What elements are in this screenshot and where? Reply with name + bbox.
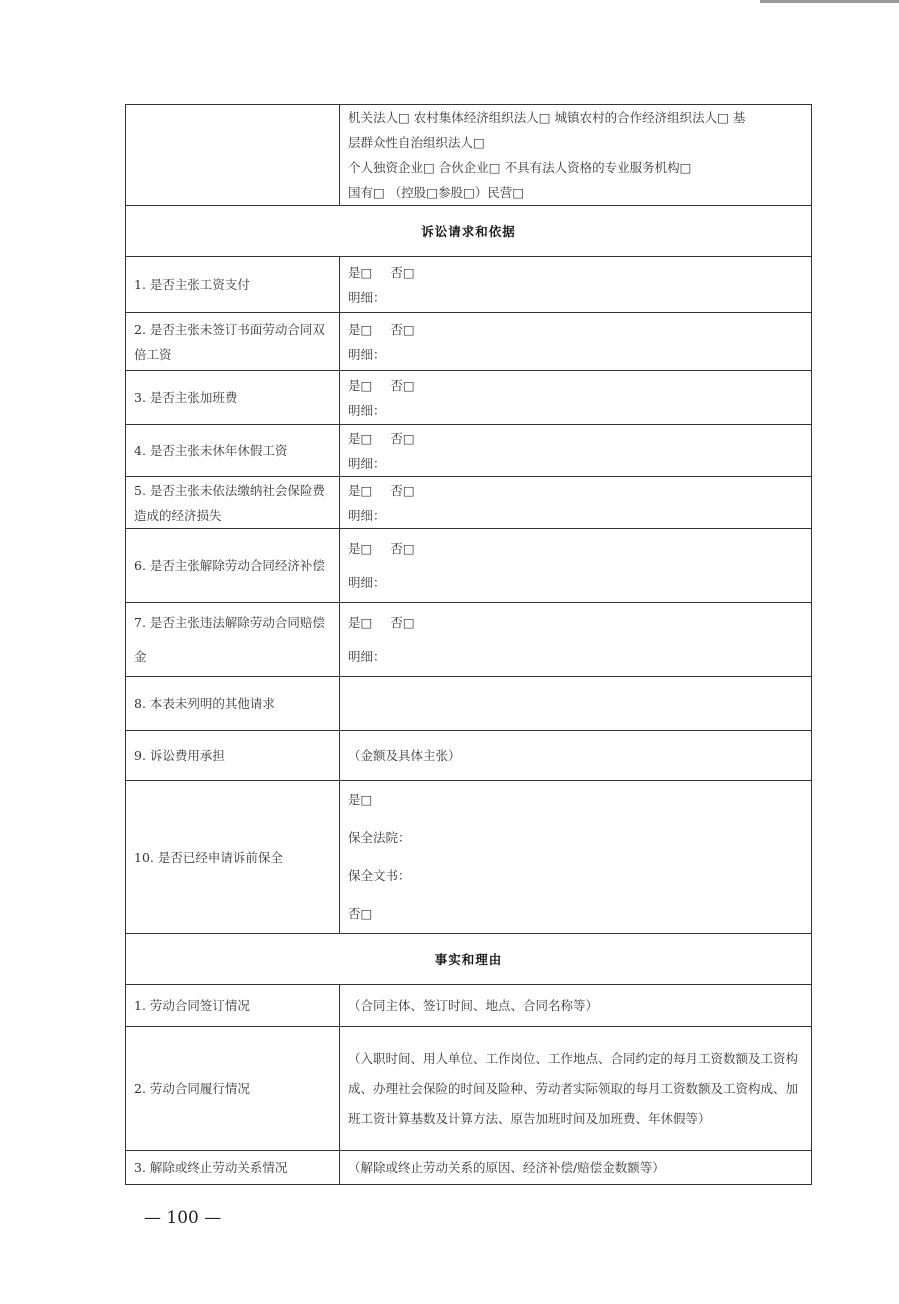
claim-answer[interactable]: 是□否□ 明细： [340,257,812,313]
entity-type-options[interactable]: 机关法人□ 农村集体经济组织法人□ 城镇农村的合作经济组织法人□ 基 层群众性自… [340,105,812,206]
claim-label: 1. 是否主张工资支付 [126,257,340,313]
yes-checkbox[interactable]: 是□ [348,265,372,280]
claim-row-preservation: 10. 是否已经申请诉前保全 是□ 保全法院： 保全文书： 否□ [126,781,812,934]
claim-answer[interactable]: 是□否□ 明细： [340,371,812,425]
yes-checkbox[interactable]: 是□ [348,322,372,337]
detail-field[interactable]: 明细： [348,451,803,476]
claim-label: 4. 是否主张未休年休假工资 [126,425,340,477]
claim-row-other: 8. 本表未列明的其他请求 [126,677,812,731]
no-checkbox[interactable]: 否□ [390,615,414,630]
claim-label: 6. 是否主张解除劳动合同经济补偿 [126,529,340,603]
yes-checkbox[interactable]: 是□ [348,781,803,819]
yes-checkbox[interactable]: 是□ [348,615,372,630]
no-checkbox[interactable]: 否□ [390,483,414,498]
entity-type-label-cell [126,105,340,206]
litigation-costs-field[interactable]: （金额及具体主张） [340,731,812,781]
yes-checkbox[interactable]: 是□ [348,483,372,498]
detail-field[interactable]: 明细： [348,566,803,600]
claim-label: 10. 是否已经申请诉前保全 [126,781,340,934]
entity-type-line-1: 机关法人□ 农村集体经济组织法人□ 城镇农村的合作经济组织法人□ 基 [348,105,803,130]
entity-type-line-3: 个人独资企业□ 合伙企业□ 不具有法人资格的专业服务机构□ [348,155,803,180]
no-checkbox[interactable]: 否□ [390,541,414,556]
claim-answer[interactable]: 是□否□ 明细： [340,603,812,677]
fact-row: 3. 解除或终止劳动关系情况 （解除或终止劳动关系的原因、经济补偿/赔偿金数额等… [126,1151,812,1185]
yes-checkbox[interactable]: 是□ [348,431,372,446]
preservation-answer[interactable]: 是□ 保全法院： 保全文书： 否□ [340,781,812,934]
claim-answer[interactable]: 是□否□ 明细： [340,425,812,477]
claim-row: 2. 是否主张未签订书面劳动合同双倍工资 是□否□ 明细： [126,313,812,371]
fact-label: 3. 解除或终止劳动关系情况 [126,1151,340,1185]
scan-edge-line [760,0,899,3]
claim-row: 4. 是否主张未休年休假工资 是□否□ 明细： [126,425,812,477]
complaint-form-table: 机关法人□ 农村集体经济组织法人□ 城镇农村的合作经济组织法人□ 基 层群众性自… [125,104,812,1185]
claim-answer[interactable]: 是□否□ 明细： [340,313,812,371]
page-number: — 100 — [144,1208,221,1228]
entity-type-row: 机关法人□ 农村集体经济组织法人□ 城镇农村的合作经济组织法人□ 基 层群众性自… [126,105,812,206]
claim-row: 7. 是否主张违法解除劳动合同赔偿金 是□否□ 明细： [126,603,812,677]
section-title-claims: 诉讼请求和依据 [126,206,812,257]
yes-checkbox[interactable]: 是□ [348,378,372,393]
claim-label: 2. 是否主张未签订书面劳动合同双倍工资 [126,313,340,371]
claim-label: 7. 是否主张违法解除劳动合同赔偿金 [126,603,340,677]
fact-field[interactable]: （解除或终止劳动关系的原因、经济补偿/赔偿金数额等） [340,1151,812,1185]
fact-label: 1. 劳动合同签订情况 [126,985,340,1027]
no-checkbox[interactable]: 否□ [390,378,414,393]
no-checkbox[interactable]: 否□ [348,895,803,933]
claim-row: 5. 是否主张未依法缴纳社会保险费造成的经济损失 是□否□ 明细： [126,477,812,529]
claim-label: 8. 本表未列明的其他请求 [126,677,340,731]
detail-field[interactable]: 明细： [348,342,803,367]
preservation-document-field[interactable]: 保全文书： [348,857,803,895]
fact-row: 1. 劳动合同签订情况 （合同主体、签订时间、地点、合同名称等） [126,985,812,1027]
no-checkbox[interactable]: 否□ [390,265,414,280]
claim-label: 5. 是否主张未依法缴纳社会保险费造成的经济损失 [126,477,340,529]
claim-row: 6. 是否主张解除劳动合同经济补偿 是□否□ 明细： [126,529,812,603]
preservation-court-field[interactable]: 保全法院： [348,819,803,857]
claim-label: 3. 是否主张加班费 [126,371,340,425]
fact-label: 2. 劳动合同履行情况 [126,1027,340,1151]
no-checkbox[interactable]: 否□ [390,431,414,446]
entity-type-line-2: 层群众性自治组织法人□ [348,130,803,155]
claim-label: 9. 诉讼费用承担 [126,731,340,781]
claim-answer[interactable]: 是□否□ 明细： [340,529,812,603]
claim-row-costs: 9. 诉讼费用承担 （金额及具体主张） [126,731,812,781]
other-claims-field[interactable] [340,677,812,731]
detail-field[interactable]: 明细： [348,398,803,423]
detail-field[interactable]: 明细： [348,640,803,674]
fact-field[interactable]: （合同主体、签订时间、地点、合同名称等） [340,985,812,1027]
yes-checkbox[interactable]: 是□ [348,541,372,556]
entity-type-line-4: 国有□ （控股□参股□）民营□ [348,180,803,205]
section-title-facts: 事实和理由 [126,934,812,985]
no-checkbox[interactable]: 否□ [390,322,414,337]
detail-field[interactable]: 明细： [348,503,803,528]
detail-field[interactable]: 明细： [348,285,803,310]
claim-answer[interactable]: 是□否□ 明细： [340,477,812,529]
claim-row: 3. 是否主张加班费 是□否□ 明细： [126,371,812,425]
fact-row: 2. 劳动合同履行情况 （入职时间、用人单位、工作岗位、工作地点、合同约定的每月… [126,1027,812,1151]
claim-row: 1. 是否主张工资支付 是□否□ 明细： [126,257,812,313]
fact-field[interactable]: （入职时间、用人单位、工作岗位、工作地点、合同约定的每月工资数额及工资构成、办理… [340,1027,812,1151]
